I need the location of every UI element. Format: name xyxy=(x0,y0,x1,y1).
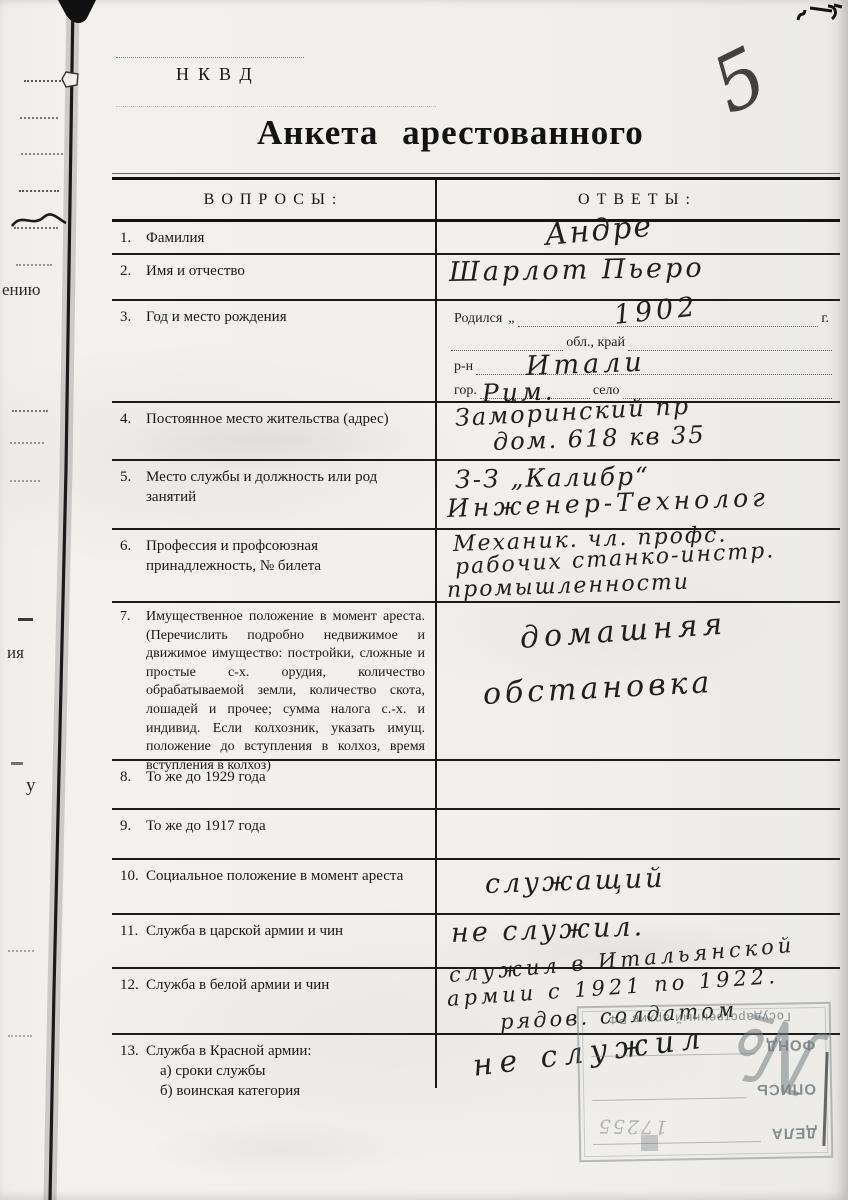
question-text: Постоянное место жительства (адрес) xyxy=(146,410,425,459)
born-label: Родился xyxy=(451,311,505,327)
page-edge-line xyxy=(50,0,73,1200)
header-dotted-line xyxy=(116,57,304,58)
question-cell: 5. Место службы и должность или род заня… xyxy=(112,461,435,528)
question-text: Социальное положение в момент ареста xyxy=(146,867,425,913)
torn-edge-dotted-line xyxy=(12,410,48,412)
torn-edge-dotted-line xyxy=(24,80,64,82)
table-row: 2. Имя и отчество Шарлот Пьеро xyxy=(112,255,840,301)
question-text: Служба в царской армии и чин xyxy=(146,922,425,967)
edge-scribble xyxy=(12,214,66,226)
question-cell: 10. Социальное положение в момент ареста xyxy=(112,860,435,913)
torn-edge-dotted-line xyxy=(8,950,34,952)
question-number: 8. xyxy=(120,768,146,808)
question-cell: 1. Фамилия xyxy=(112,222,435,253)
year-suffix-label: г. xyxy=(818,311,832,327)
torn-edge-dotted-line xyxy=(10,480,40,482)
handwritten-birth-year: 1902 xyxy=(612,292,699,330)
question-cell: 3. Год и место рождения xyxy=(112,301,435,401)
answer-cell: Андре xyxy=(435,222,840,253)
table-row: 8. То же до 1929 года xyxy=(112,761,840,810)
question-subitem: б) воинская категория xyxy=(160,1082,425,1102)
question-number: 2. xyxy=(120,262,146,299)
torn-edge-dash xyxy=(11,762,23,765)
question-number: 10. xyxy=(120,867,146,913)
edge-text-fragment: ия xyxy=(7,643,24,663)
corner-scribble xyxy=(790,2,846,34)
page-edge-artifacts xyxy=(0,0,120,1200)
handwritten-page-number: 5 xyxy=(699,30,781,132)
question-number: 12. xyxy=(120,976,146,1033)
answer-cell: Родился „ 1902 г. обл., край р-н xyxy=(435,301,840,401)
archive-stamp: Государственный архив РФ ФОНД ОПИСЬ ДЕЛА… xyxy=(577,1002,834,1162)
torn-edge-dash xyxy=(18,618,33,621)
question-number: 11. xyxy=(120,922,146,967)
stamp-ink-smudge xyxy=(641,1135,658,1151)
question-number: 4. xyxy=(120,410,146,459)
torn-edge-dotted-line xyxy=(16,264,52,266)
handwritten-answer: Шарлот Пьеро xyxy=(449,251,840,287)
city-label: гор. xyxy=(451,383,480,399)
question-text: Профессия и профсоюзная принадлежность, … xyxy=(146,537,425,601)
question-text: Имя и отчество xyxy=(146,262,425,299)
dotted-blank xyxy=(451,335,563,351)
question-subitem: а) сроки службы xyxy=(160,1062,425,1082)
born-quote: „ xyxy=(505,311,517,327)
question-number: 5. xyxy=(120,468,146,528)
birth-fields: Родился „ 1902 г. обл., край р-н xyxy=(445,303,840,399)
question-text: Служба в белой армии и чин xyxy=(146,976,425,1033)
dotted-blank: Рим. xyxy=(480,383,590,399)
question-text: Имущественное положение в момент ареста.… xyxy=(146,608,425,759)
question-text: Фамилия xyxy=(146,229,425,253)
question-text-main: Служба в Красной армии: xyxy=(146,1043,312,1059)
question-number: 3. xyxy=(120,308,146,401)
handwritten-answer: служащий xyxy=(484,858,840,900)
dotted-blank: 1902 xyxy=(518,311,819,327)
question-number: 13. xyxy=(120,1042,146,1200)
edge-ink-blob xyxy=(58,0,96,23)
corner-mark xyxy=(798,5,842,20)
torn-edge-dotted-line xyxy=(19,190,59,192)
birth-line-year: Родился „ 1902 г. xyxy=(451,311,832,327)
question-cell: 8. То же до 1929 года xyxy=(112,761,435,808)
question-text: Год и место рождения xyxy=(146,308,425,401)
answer-cell: Заморинский пр дом. 618 кв 35 xyxy=(435,403,840,459)
torn-edge-dotted-line xyxy=(8,1035,32,1037)
scanned-page: ению ия у НКВД Анкета арестованного 5 ВО… xyxy=(0,0,848,1200)
question-cell: 4. Постоянное место жительства (адрес) xyxy=(112,403,435,459)
raion-label: р-н xyxy=(451,359,476,375)
answer-cell: служащий xyxy=(435,860,840,913)
question-text: Место службы и должность или род занятий xyxy=(146,468,425,528)
table-row: 6. Профессия и профсоюзная принадлежност… xyxy=(112,530,840,603)
table-row: 4. Постоянное место жительства (адрес) З… xyxy=(112,403,840,461)
answer-cell: З-З „Калибр“ Инженер-Технолог xyxy=(435,461,840,528)
question-cell: 9. То же до 1917 года xyxy=(112,810,435,858)
table-row: 5. Место службы и должность или род заня… xyxy=(112,461,840,530)
questions-column-header: ВОПРОСЫ: xyxy=(112,180,435,219)
question-text: То же до 1929 года xyxy=(146,768,425,808)
question-cell: 2. Имя и отчество xyxy=(112,255,435,299)
answer-cell: Шарлот Пьеро xyxy=(435,255,840,299)
torn-edge-dotted-line xyxy=(10,442,44,444)
birth-line-raion: р-н Итали xyxy=(451,359,832,375)
question-cell: 11. Служба в царской армии и чин xyxy=(112,915,435,967)
question-cell: 12. Служба в белой армии и чин xyxy=(112,969,435,1033)
question-text: То же до 1917 года xyxy=(146,817,425,858)
dotted-blank: Итали xyxy=(476,359,832,375)
torn-edge-dotted-line xyxy=(21,153,63,155)
org-label: НКВД xyxy=(176,64,261,85)
answer-cell: домашняя обстановка xyxy=(435,603,840,759)
edge-notch xyxy=(62,72,78,87)
table-row: 9. То же до 1917 года xyxy=(112,810,840,860)
question-cell: 6. Профессия и профсоюзная принадлежност… xyxy=(112,530,435,601)
answer-cell: Механик. чл. профс. рабочих станко-инстр… xyxy=(435,530,840,601)
edge-text-fragment: ению xyxy=(2,280,40,300)
question-cell: 7. Имущественное положение в момент арес… xyxy=(112,603,435,759)
edge-shadow-band xyxy=(50,0,73,1200)
header-dotted-line xyxy=(116,106,436,107)
page-title: Анкета арестованного xyxy=(257,113,644,153)
answer-cell xyxy=(435,761,840,808)
table-row: 10. Социальное положение в момент ареста… xyxy=(112,860,840,915)
answer-cell xyxy=(435,810,840,858)
question-number: 7. xyxy=(120,608,146,759)
stamp-delo-label: ДЕЛА xyxy=(771,1124,817,1142)
handwritten-answer: домашняя xyxy=(519,601,840,656)
torn-edge-dotted-line xyxy=(20,117,58,119)
edge-text-fragment: у xyxy=(26,775,36,797)
table-row: 1. Фамилия Андре xyxy=(112,222,840,255)
table-row: 3. Год и место рождения Родился „ 1902 г… xyxy=(112,301,840,403)
torn-edge-dotted-line xyxy=(14,227,58,229)
table-row: 7. Имущественное положение в момент арес… xyxy=(112,603,840,761)
dotted-blank xyxy=(628,335,832,351)
question-text: Служба в Красной армии: а) сроки службы … xyxy=(146,1042,425,1200)
question-number: 1. xyxy=(120,229,146,253)
handwritten-answer: обстановка xyxy=(482,661,840,712)
question-number: 6. xyxy=(120,537,146,601)
question-number: 9. xyxy=(120,817,146,858)
question-cell: 13. Служба в Красной армии: а) сроки слу… xyxy=(112,1035,435,1200)
